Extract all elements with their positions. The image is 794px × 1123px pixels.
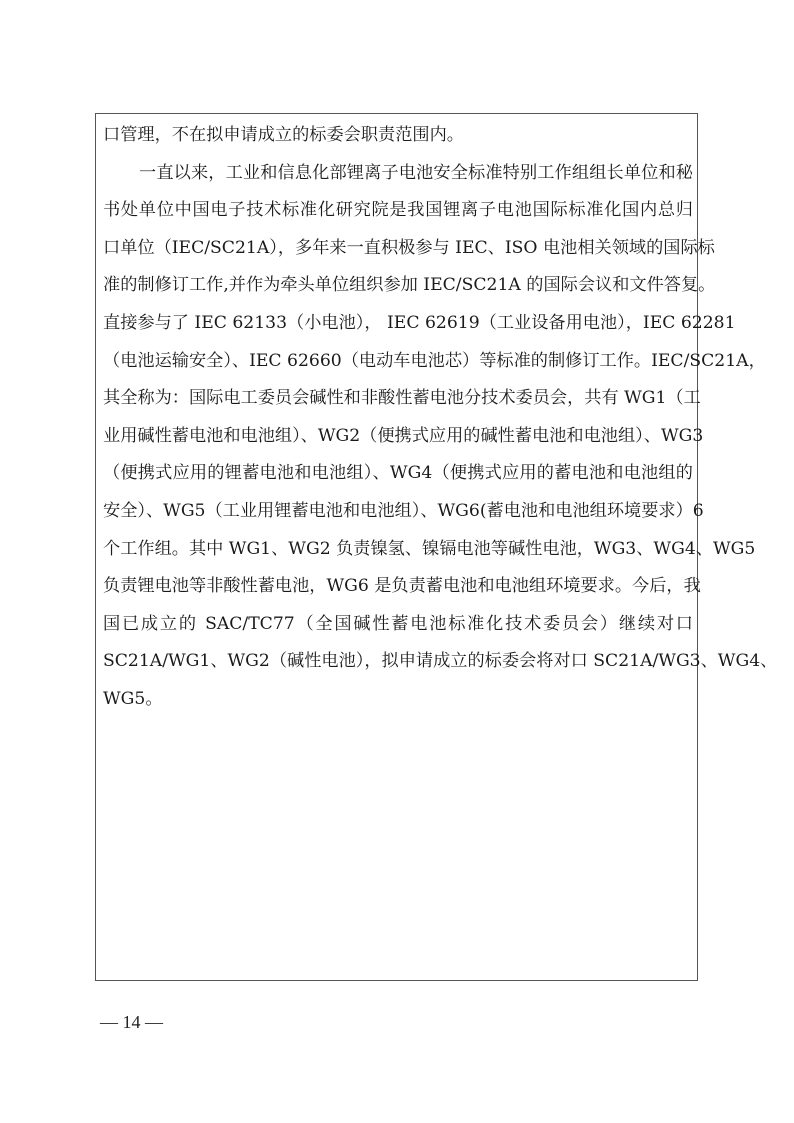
text-line: （电池运输安全）、IEC 62660（电动车电池芯）等标准的制修订工作。IEC/… (103, 343, 693, 381)
text-line: 负责锂电池等非酸性蓄电池，WG6 是负责蓄电池和电池组环境要求。今后，我 (103, 568, 693, 606)
text-line: 直接参与了 IEC 62133（小电池）， IEC 62619（工业设备用电池）… (103, 305, 693, 343)
text-line: WG5。 (103, 681, 693, 719)
text-line: 个工作组。其中 WG1、WG2 负责镍氢、镍镉电池等碱性电池，WG3、WG4、W… (103, 531, 693, 569)
text-line: 口单位（IEC/SC21A），多年来一直积极参与 IEC、ISO 电池相关领域的… (103, 230, 693, 268)
page-number: — 14 — (100, 1012, 163, 1033)
text-line: 口管理，不在拟申请成立的标委会职责范围内。 (103, 117, 693, 155)
text-line: 准的制修订工作,并作为牵头单位组织参加 IEC/SC21A 的国际会议和文件答复… (103, 267, 693, 305)
document-body: 口管理，不在拟申请成立的标委会职责范围内。 一直以来，工业和信息化部锂离子电池安… (103, 117, 693, 719)
text-line: 安全）、WG5（工业用锂蓄电池和电池组）、WG6(蓄电池和电池组环境要求）6 (103, 493, 693, 531)
text-line: （便携式应用的锂蓄电池和电池组）、WG4（便携式应用的蓄电池和电池组的 (103, 455, 693, 493)
text-line: 国已成立的 SAC/TC77（全国碱性蓄电池标准化技术委员会）继续对口 (103, 606, 693, 644)
text-line: 业用碱性蓄电池和电池组）、WG2（便携式应用的碱性蓄电池和电池组）、WG3 (103, 418, 693, 456)
paragraph-start-line: 一直以来，工业和信息化部锂离子电池安全标准特别工作组组长单位和秘 (103, 155, 693, 193)
text-line: 其全称为：国际电工委员会碱性和非酸性蓄电池分技术委员会，共有 WG1（工 (103, 380, 693, 418)
text-line: 书处单位中国电子技术标准化研究院是我国锂离子电池国际标准化国内总归 (103, 192, 693, 230)
text-line: SC21A/WG1、WG2（碱性电池），拟申请成立的标委会将对口 SC21A/W… (103, 643, 693, 681)
